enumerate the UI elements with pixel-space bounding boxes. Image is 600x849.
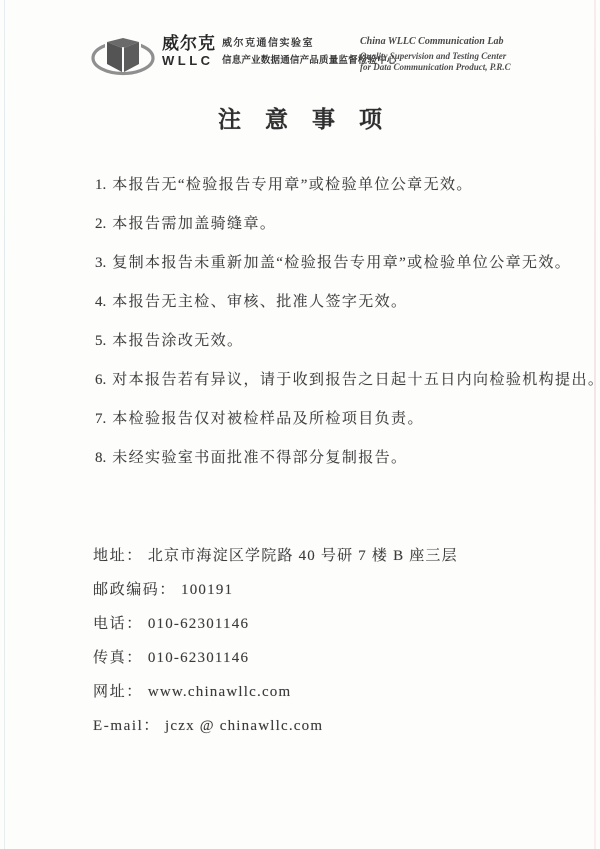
org-en-center-name-2: for Data Communication Product, P.R.C (360, 62, 530, 73)
open-book-ellipse-icon (90, 31, 156, 77)
contact-value: 北京市海淀区学院路 40 号研 7 楼 B 座三层 (148, 548, 458, 564)
note-item-1: 1.本报告无“检验报告专用章”或检验单位公章无效。 (95, 176, 545, 195)
note-number: 7. (95, 411, 106, 427)
contact-label: E-mail： (93, 718, 160, 734)
page-title: 注意事项 (0, 101, 600, 134)
note-number: 6. (95, 372, 106, 388)
brand-name-cn: 威尔克 (162, 35, 224, 53)
note-item-7: 7.本检验报告仅对被检样品及所检项目负责。 (95, 410, 545, 429)
note-text: 本检验报告仅对被检样品及所检项目负责。 (112, 411, 424, 427)
notes-list: 1.本报告无“检验报告专用章”或检验单位公章无效。 2.本报告需加盖骑缝章。 3… (95, 176, 545, 488)
note-number: 5. (95, 333, 106, 349)
note-text: 本报告需加盖骑缝章。 (112, 216, 276, 232)
note-item-4: 4.本报告无主检、审核、批准人签字无效。 (95, 293, 545, 312)
contact-value: www.chinawllc.com (148, 684, 292, 700)
contact-value: 100191 (181, 582, 233, 598)
note-text: 本报告无“检验报告专用章”或检验单位公章无效。 (112, 177, 473, 193)
note-item-5: 5.本报告涂改无效。 (95, 332, 545, 351)
brand-name-en: WLLC (162, 54, 224, 68)
contact-fax: 传真：010-62301146 (93, 648, 543, 668)
contact-value: 010-62301146 (148, 650, 249, 666)
header: 威尔克 WLLC 威尔克通信实验室 信息产业数据通信产品质量监督检验中心 Chi… (90, 29, 530, 81)
org-name-english: China WLLC Communication Lab Quality Sup… (360, 36, 530, 73)
contact-postcode: 邮政编码：100191 (93, 580, 543, 600)
note-text: 本报告涂改无效。 (112, 333, 243, 349)
contact-phone: 电话：010-62301146 (93, 614, 543, 634)
contact-website: 网址：www.chinawllc.com (93, 682, 543, 702)
contact-label: 电话： (93, 616, 143, 632)
wllc-logo-icon (90, 31, 156, 77)
note-text: 本报告无主检、审核、批准人签字无效。 (112, 294, 407, 310)
note-number: 8. (95, 450, 106, 466)
note-number: 4. (95, 294, 106, 310)
note-text: 对本报告若有异议，请于收到报告之日起十五日内向检验机构提出。 (112, 372, 600, 388)
note-text: 复制本报告未重新加盖“检验报告专用章”或检验单位公章无效。 (112, 255, 571, 271)
note-item-3: 3.复制本报告未重新加盖“检验报告专用章”或检验单位公章无效。 (95, 254, 545, 273)
note-number: 1. (95, 177, 106, 193)
contact-label: 地址： (93, 548, 143, 564)
org-en-center-name-1: Quality Supervision and Testing Center (360, 51, 530, 62)
org-en-lab-name: China WLLC Communication Lab (360, 36, 530, 48)
contact-label: 网址： (93, 684, 143, 700)
contact-block: 地址：北京市海淀区学院路 40 号研 7 楼 B 座三层 邮政编码：100191… (93, 546, 543, 750)
contact-address: 地址：北京市海淀区学院路 40 号研 7 楼 B 座三层 (93, 546, 543, 566)
note-number: 2. (95, 216, 106, 232)
note-item-2: 2.本报告需加盖骑缝章。 (95, 215, 545, 234)
brand-block: 威尔克 WLLC (162, 35, 224, 68)
contact-value: 010-62301146 (148, 616, 249, 632)
note-text: 未经实验室书面批准不得部分复制报告。 (112, 450, 407, 466)
contact-value: jczx @ chinawllc.com (165, 718, 323, 734)
scanned-report-notice-page: 威尔克 WLLC 威尔克通信实验室 信息产业数据通信产品质量监督检验中心 Chi… (0, 0, 600, 849)
contact-label: 邮政编码： (93, 582, 176, 598)
note-number: 3. (95, 255, 106, 271)
contact-email: E-mail：jczx @ chinawllc.com (93, 716, 543, 736)
note-item-8: 8.未经实验室书面批准不得部分复制报告。 (95, 449, 545, 468)
contact-label: 传真： (93, 650, 143, 666)
note-item-6: 6.对本报告若有异议，请于收到报告之日起十五日内向检验机构提出。 (95, 371, 545, 390)
